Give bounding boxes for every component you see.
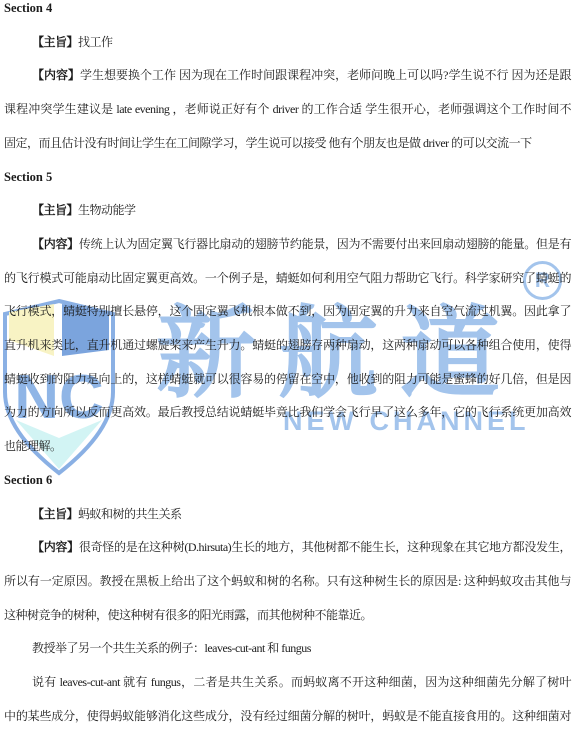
content-text: 很奇怪的是在这种树(D.hirsuta)生长的地方，其他树都不能生长，这种现象在… — [79, 540, 571, 554]
topic-label: 【主旨】 — [32, 507, 78, 521]
content-label: 【内容】 — [32, 237, 79, 251]
content-text: 学生想要换个工作 因为现在工作时间跟课程冲突，老师问晚上可以吗?学生说不行 因为… — [80, 68, 571, 82]
topic-line: 【主旨】蚂蚁和树的共生关系 — [4, 498, 571, 532]
content-line: 所以有一定原因。教授在黑板上给出了这个蚂蚁和树的名称。只有这种树生长的原因是: … — [4, 565, 571, 599]
content-line: 教授举了另一个共生关系的例子：leaves-cut-ant 和 fungus — [4, 632, 571, 666]
content-text: 传统上认为固定翼飞行器比扇动的翅膀节约能景，因为不需要付出来回扇动翅膀的能量。但… — [79, 237, 571, 251]
content-line: 固定，而且估计没有时间让学生在工间隙学习，学生说可以接受 他有个朋友也是做 dr… — [4, 127, 571, 161]
content-line: 的飞行模式可能扇动比固定翼更高效。一个例子是，蜻蜓如何利用空气阻力帮助它飞行。科… — [4, 262, 571, 296]
content-line: 也能理解。 — [4, 430, 571, 464]
topic-line: 【主旨】生物动能学 — [4, 194, 571, 228]
section-heading: Section 5 — [4, 161, 571, 195]
content-line: 直升机来类比，直升机通过螺旋桨来产生升力。蜻蜓的翅膀存两种扇动，这两种扇动可以各… — [4, 329, 571, 363]
topic-line: 【主旨】找工作 — [4, 26, 571, 60]
section-heading: Section 4 — [4, 0, 571, 26]
content-line: 【内容】学生想要换个工作 因为现在工作时间跟课程冲突，老师问晚上可以吗?学生说不… — [4, 59, 571, 93]
content-line: 【内容】传统上认为固定翼飞行器比扇动的翅膀节约能景，因为不需要付出来回扇动翅膀的… — [4, 228, 571, 262]
topic-text: 找工作 — [78, 35, 113, 49]
content-line: 为力的方向所以反而更高效。最后教授总结说蜻蜓毕竟比我们学会飞行早了这么多年，它的… — [4, 396, 571, 430]
content-line: 飞行模式，蜻蜓特别擅长悬停，这个固定翼飞机根本做不到，因为固定翼的升力来自空气流… — [4, 295, 571, 329]
topic-label: 【主旨】 — [32, 35, 78, 49]
content-line: 蜻蜓收到的阻力是向上的，这样蜻蜓就可以很容易的停留在空中，他收到的阻力可能是蜜蜂… — [4, 363, 571, 397]
content-line: 这种树竞争的树种，使这种树有很多的阳光雨露，而其他树种不能靠近。 — [4, 599, 571, 633]
document-page: NC 新航道 NEW CHANNEL R Section 4 【主旨】找工作 【… — [0, 0, 577, 735]
content-line: 说有 leaves-cut-ant 就有 fungus，二者是共生关系。而蚂蚁离… — [4, 666, 571, 700]
content-label: 【内容】 — [32, 540, 79, 554]
document-content: Section 4 【主旨】找工作 【内容】学生想要换个工作 因为现在工作时间跟… — [4, 0, 571, 733]
section-heading: Section 6 — [4, 464, 571, 498]
content-line: 【内容】很奇怪的是在这种树(D.hirsuta)生长的地方，其他树都不能生长，这… — [4, 531, 571, 565]
content-label: 【内容】 — [32, 68, 80, 82]
topic-text: 蚂蚁和树的共生关系 — [78, 507, 182, 521]
content-line: 中的某些成分，使得蚂蚁能够消化这些成分，没有经过细菌分解的树叶，蚂蚁是不能直接食… — [4, 700, 571, 734]
topic-text: 生物动能学 — [78, 203, 136, 217]
topic-label: 【主旨】 — [32, 203, 78, 217]
content-line: 课程冲突学生建议是 late evening ，老师说正好有个 driver 的… — [4, 93, 571, 127]
